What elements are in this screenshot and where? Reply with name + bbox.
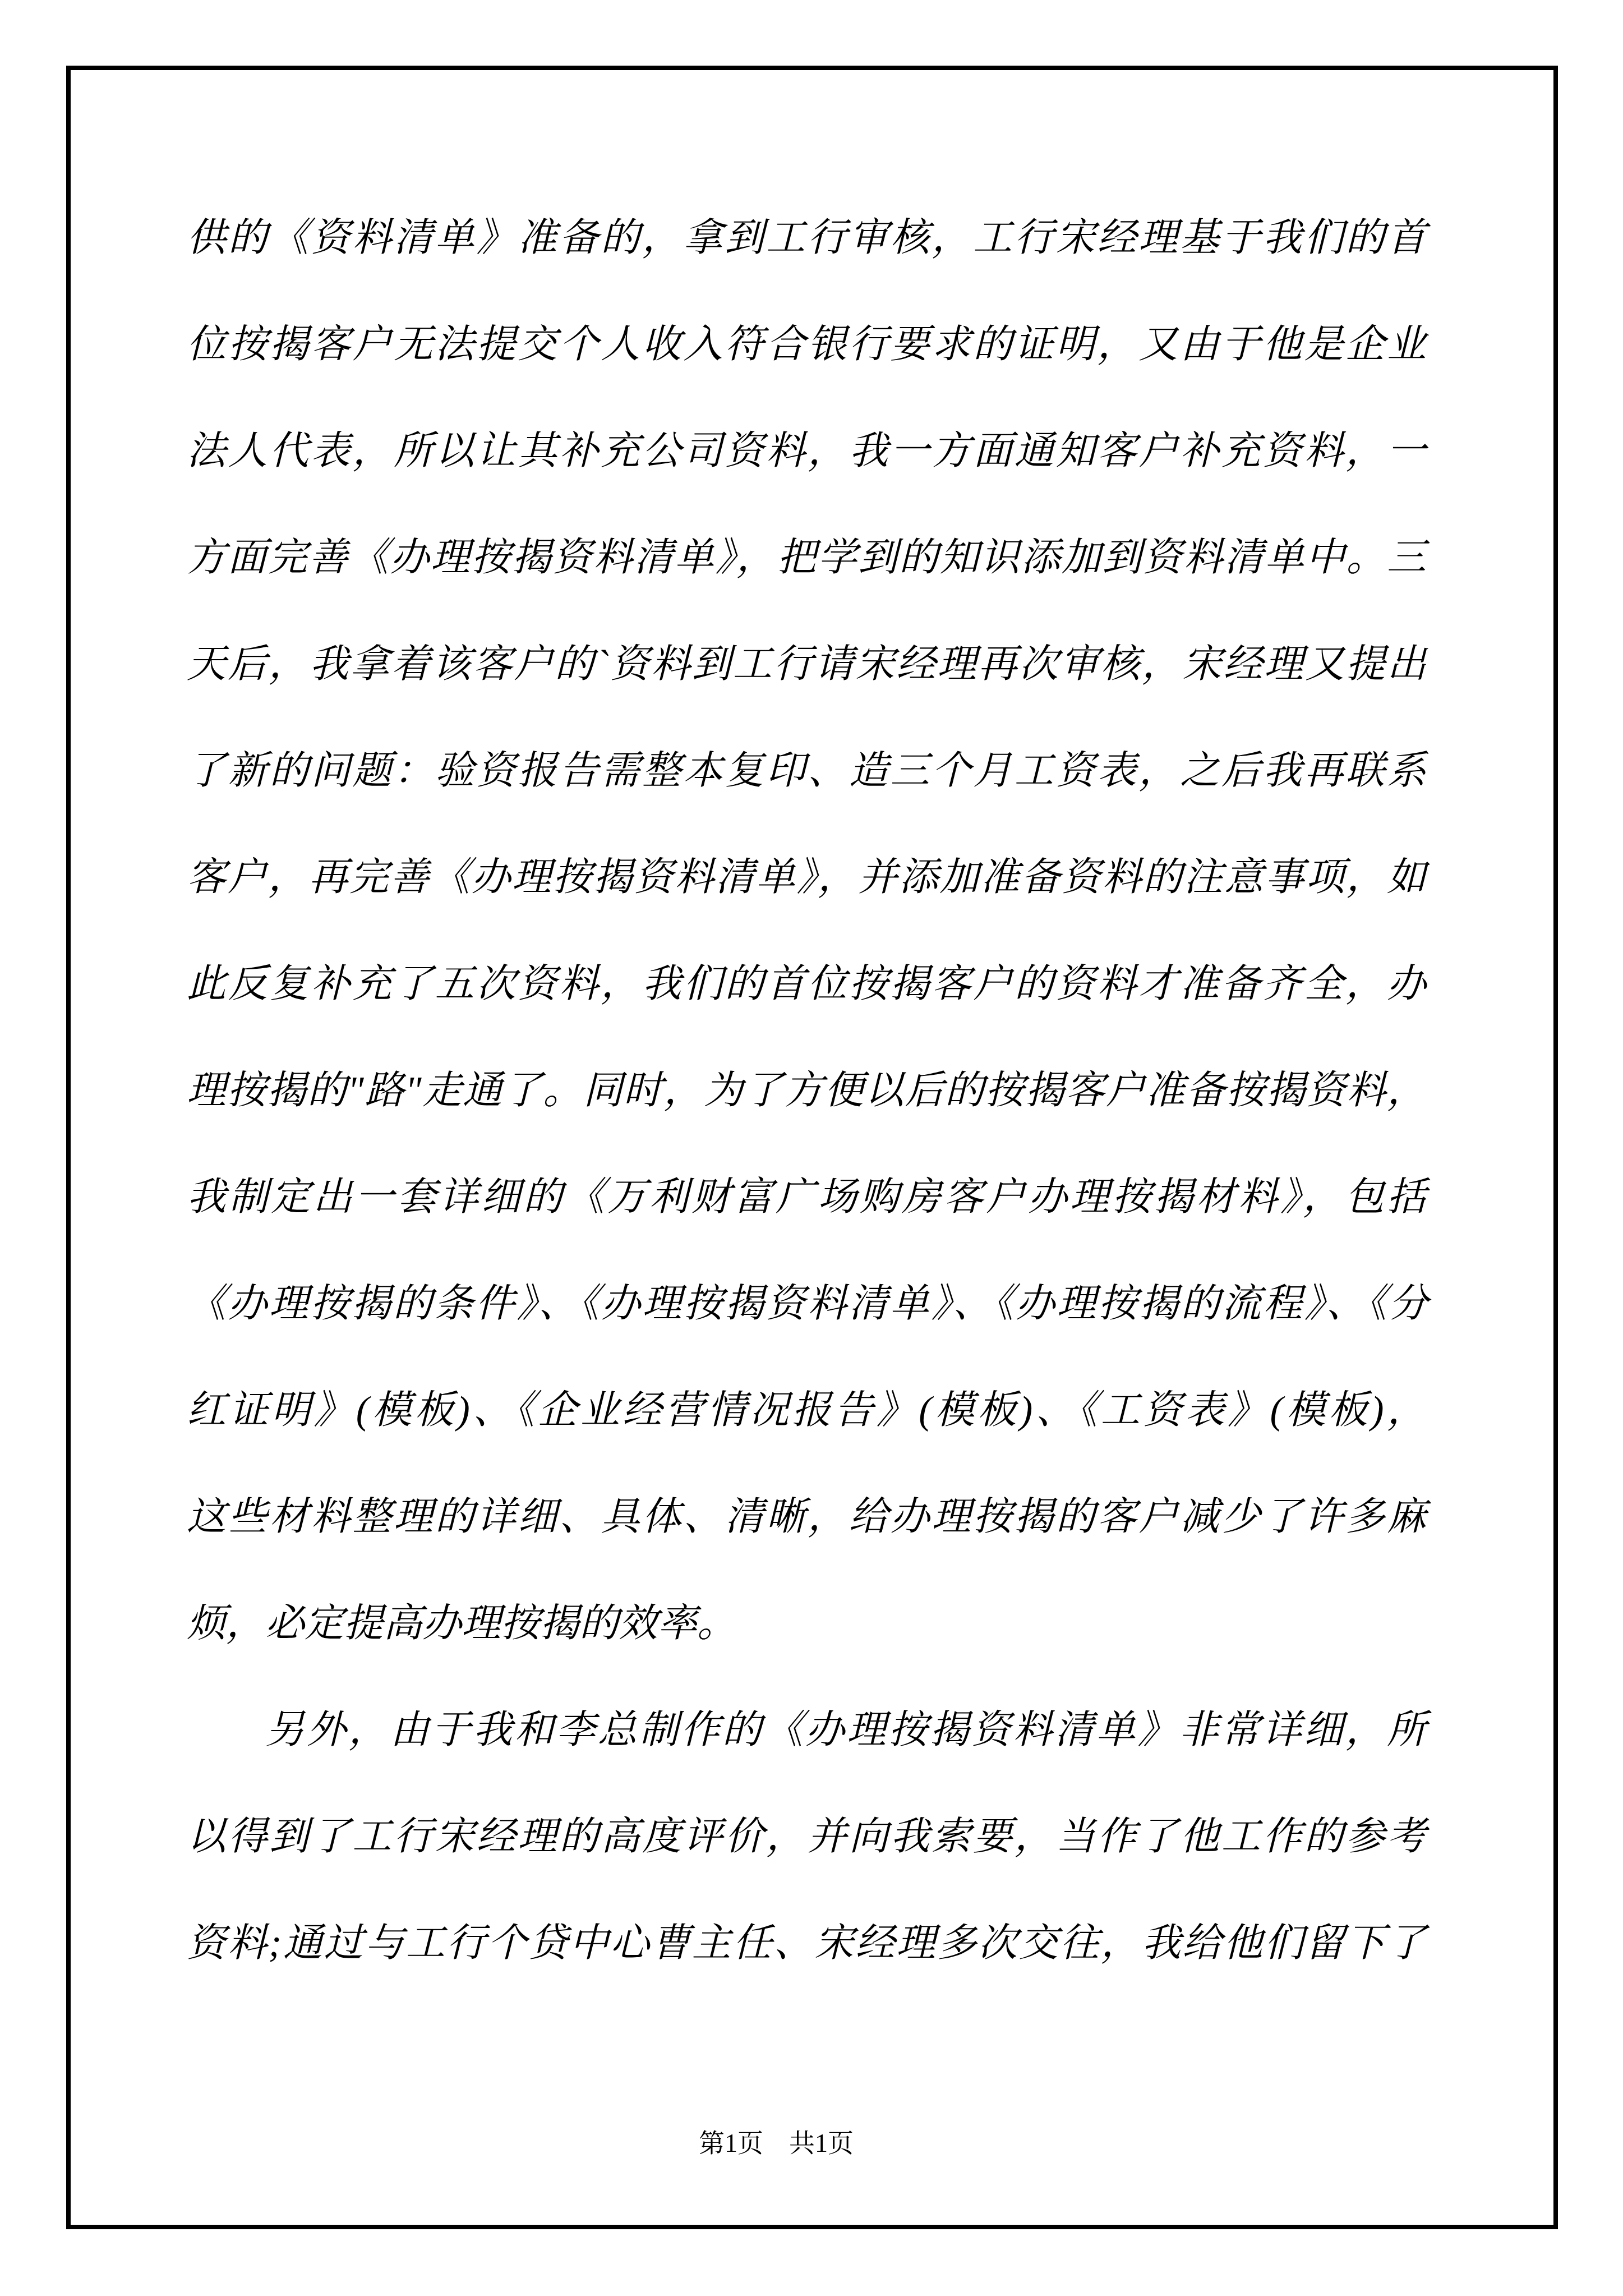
text-line: 方面完善《办理按揭资料清单》，把学到的知识添加到资料清单中。三: [187, 505, 1426, 611]
text-line: 资料;通过与工行个贷中心曹主任、宋经理多次交往，我给他们留下了: [187, 1890, 1426, 1997]
text-line: 此反复补充了五次资料，我们的首位按揭客户的资料才准备齐全，办: [187, 931, 1426, 1038]
text-line: 位按揭客户无法提交个人收入符合银行要求的证明，又由于他是企业: [187, 292, 1426, 398]
text-line-paragraph-start: 另外，由于我和李总制作的《办理按揭资料清单》非常详细，所: [187, 1677, 1426, 1784]
text-line: 我制定出一套详细的《万利财富广场购房客户办理按揭材料》，包括: [187, 1144, 1426, 1251]
document-body: 供的《资料清单》准备的，拿到工行审核，工行宋经理基于我们的首 位按揭客户无法提交…: [187, 185, 1426, 1997]
text-line: 天后，我拿着该客户的`资料到工行请宋经理再次审核，宋经理又提出: [187, 611, 1426, 718]
text-line: 供的《资料清单》准备的，拿到工行审核，工行宋经理基于我们的首: [187, 185, 1426, 292]
text-line: 这些材料整理的详细、具体、清晰，给办理按揭的客户减少了许多麻: [187, 1464, 1426, 1571]
text-line: 法人代表，所以让其补充公司资料，我一方面通知客户补充资料，一: [187, 398, 1426, 505]
text-line: 了新的问题：验资报告需整本复印、造三个月工资表，之后我再联系: [187, 718, 1426, 825]
text-line: 理按揭的"路"走通了。同时，为了方便以后的按揭客户准备按揭资料，: [187, 1038, 1426, 1144]
text-line: 以得到了工行宋经理的高度评价，并向我索要，当作了他工作的参考: [187, 1784, 1426, 1890]
text-line: 客户，再完善《办理按揭资料清单》，并添加准备资料的注意事项，如: [187, 825, 1426, 931]
page-number-footer: 第1页 共1页: [699, 2127, 854, 2160]
text-line: 红证明》(模板)、《企业经营情况报告》(模板)、《工资表》(模板)，: [187, 1358, 1426, 1464]
document-page: 供的《资料清单》准备的，拿到工行审核，工行宋经理基于我们的首 位按揭客户无法提交…: [0, 0, 1623, 2296]
text-line: 《办理按揭的条件》、《办理按揭资料清单》、《办理按揭的流程》、《分: [187, 1251, 1426, 1358]
text-line-paragraph-end: 烦，必定提高办理按揭的效率。: [187, 1571, 1426, 1677]
